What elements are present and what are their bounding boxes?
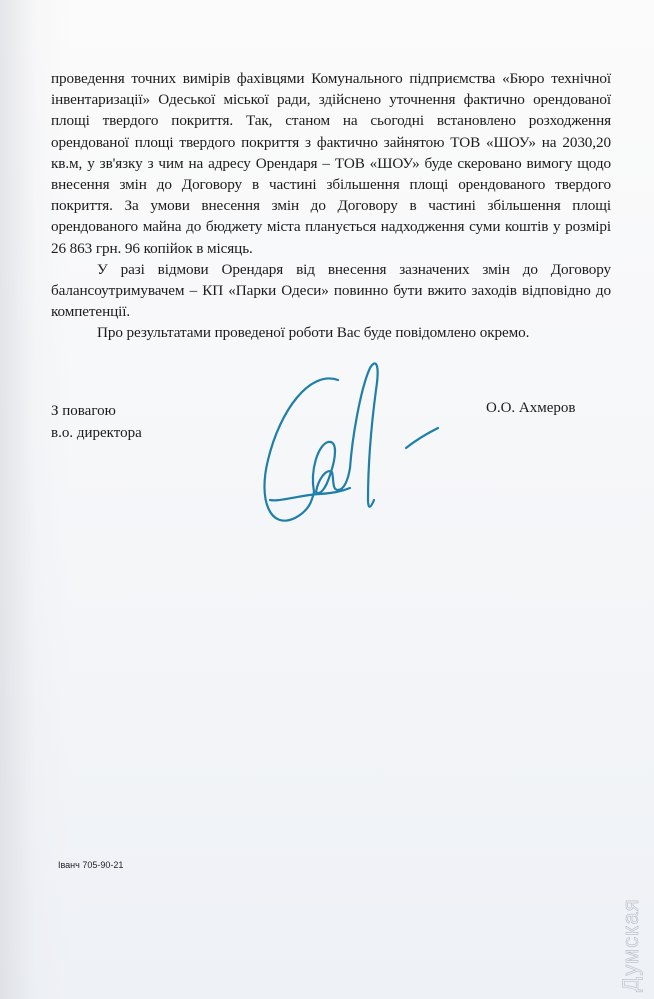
paragraph-results: Про результатами проведеної роботи Вас б… (51, 322, 611, 343)
watermark: Думская (618, 898, 644, 992)
paragraph-measurements: проведення точних вимірів фахівцями Кому… (51, 68, 611, 259)
letter-body: проведення точних вимірів фахівцями Кому… (51, 68, 611, 344)
signer-name: О.О. Ахмеров (486, 400, 575, 417)
document-page: проведення точних вимірів фахівцями Кому… (0, 0, 654, 999)
paragraph-refusal: У разі відмови Орендаря від внесення заз… (51, 259, 611, 323)
closing-salutation: З повагою (51, 400, 142, 422)
signature-icon (240, 350, 460, 540)
executor-note: Іванч 705-90-21 (58, 860, 123, 870)
closing-block: З повагою в.о. директора (51, 400, 142, 444)
signer-title: в.о. директора (51, 422, 142, 444)
